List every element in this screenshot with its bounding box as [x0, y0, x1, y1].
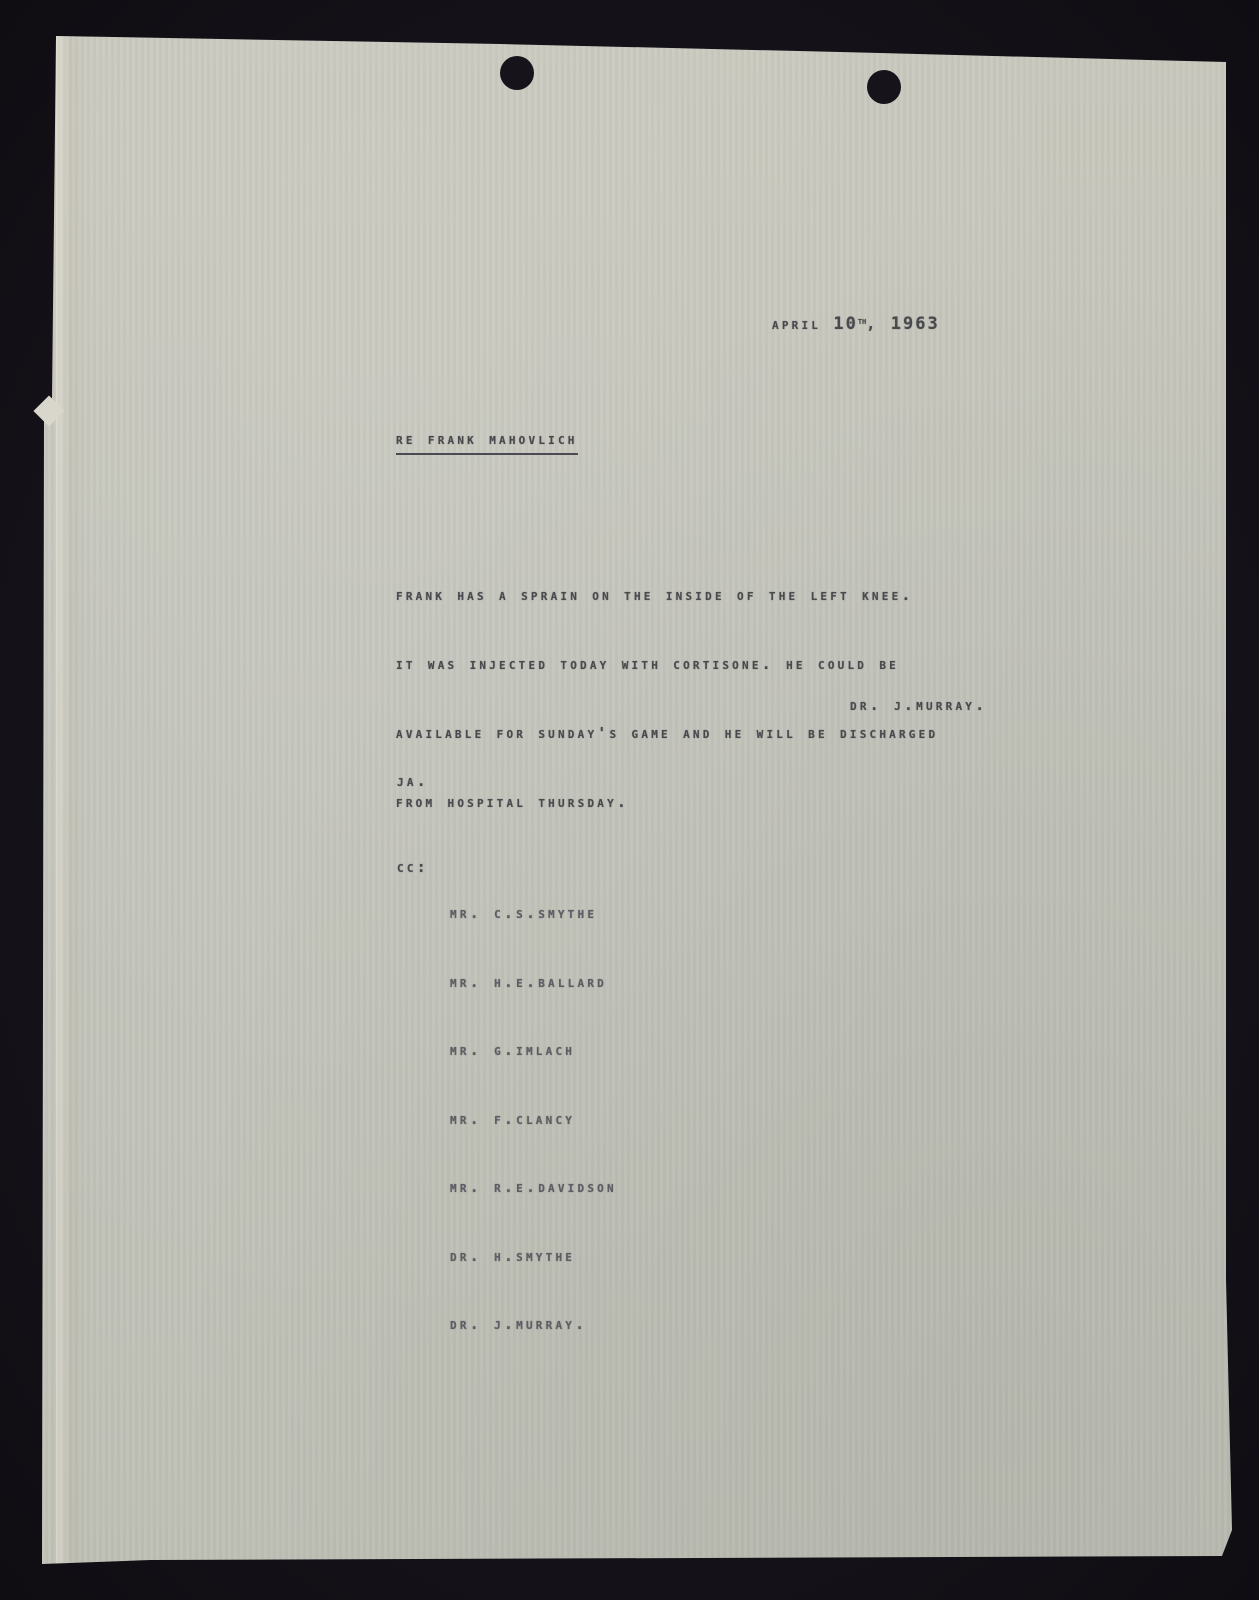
cc-recipient-list: Mr. C.S.Smythe Mr. H.E.Ballard Mr. G.Iml…	[450, 856, 617, 1359]
memo-body: Frank has a sprain on the inside of the …	[396, 538, 938, 837]
body-line: available for Sunday's game and he will …	[396, 722, 938, 745]
memo-date: April 10th, 1963	[772, 310, 940, 336]
body-line: Frank has a sprain on the inside of the …	[396, 584, 938, 607]
cc-recipient: Mr. G.Imlach	[450, 1039, 617, 1062]
cc-recipient: Mr. F.Clancy	[450, 1108, 617, 1131]
typist-initials: JA.	[397, 770, 429, 793]
punch-hole-icon	[867, 70, 901, 104]
date-year: 1963	[891, 314, 940, 334]
body-line: from hospital Thursday.	[396, 791, 938, 814]
date-suffix: th	[858, 316, 866, 327]
body-line: It was injected today with cortisone. He…	[396, 653, 938, 676]
cc-label: cc:	[397, 856, 429, 879]
punch-hole-icon	[500, 56, 534, 90]
memo-subject: Re Frank Mahovlich	[396, 428, 578, 455]
date-day: 10	[833, 314, 857, 334]
paper-fold-edge	[56, 36, 86, 1564]
cc-recipient: Mr. C.S.Smythe	[450, 902, 617, 925]
memo-signature: Dr. J.Murray.	[850, 694, 987, 717]
date-month: April	[772, 315, 821, 333]
cc-recipient: Dr. H.Smythe	[450, 1245, 617, 1268]
cc-recipient: Dr. J.Murray.	[450, 1313, 617, 1336]
cc-recipient: Mr. R.E.Davidson	[450, 1176, 617, 1199]
cc-recipient: Mr. H.E.Ballard	[450, 971, 617, 994]
